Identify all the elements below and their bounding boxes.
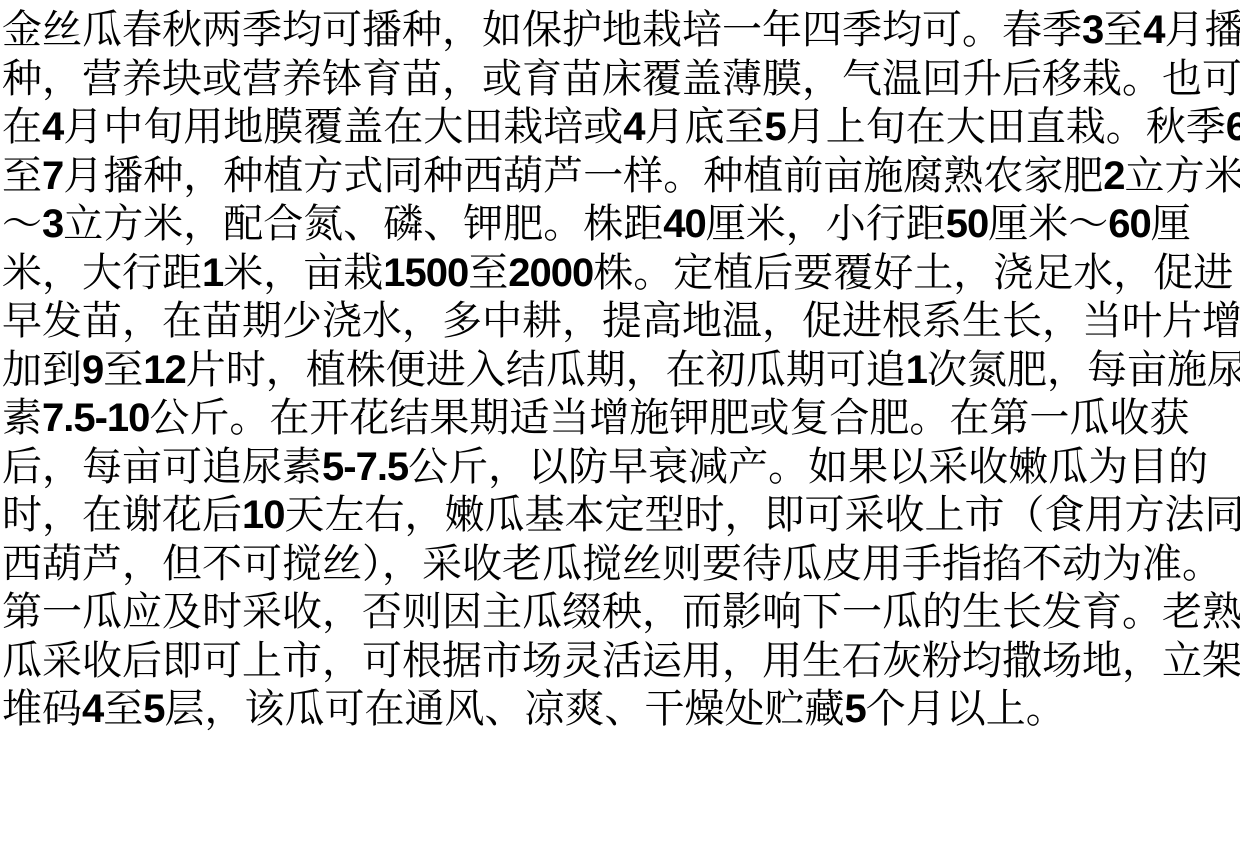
text-line: 在4月中旬用地膜覆盖在大田栽培或4月底至5月上旬在大田直栽。秋季6 bbox=[2, 103, 1238, 152]
text-line: 瓜采收后即可上市，可根据市场灵活运用，用生石灰粉均撒场地，立架 bbox=[2, 637, 1238, 686]
numeric-text: 7.5-10 bbox=[42, 396, 149, 440]
article-text: 金丝瓜春秋两季均可播种，如保护地栽培一年四季均可。春季3至4月播种，营养块或营养… bbox=[0, 0, 1240, 734]
text-line: 西葫芦，但不可搅丝），采收老瓜搅丝则要待瓜皮用手指掐不动为准。 bbox=[2, 540, 1238, 589]
text-line: 时，在谢花后10天左右，嫩瓜基本定型时，即可采收上市（食用方法同 bbox=[2, 491, 1238, 540]
numeric-text: 40 bbox=[663, 202, 706, 246]
text-line: 米，大行距1米，亩栽1500至2000株。定植后要覆好土，浇足水，促进 bbox=[2, 249, 1238, 298]
text-line: 加到9至12片时，植株便进入结瓜期，在初瓜期可追1次氮肥，每亩施尿 bbox=[2, 346, 1238, 395]
numeric-text: 1 bbox=[202, 251, 223, 295]
numeric-text: 7 bbox=[42, 154, 63, 198]
text-line: 堆码4至5层，该瓜可在通风、凉爽、干燥处贮藏5个月以上。 bbox=[2, 685, 1238, 734]
numeric-text: 5 bbox=[845, 687, 866, 731]
text-line: 至7月播种，种植方式同种西葫芦一样。种植前亩施腐熟农家肥2立方米 bbox=[2, 152, 1238, 201]
numeric-text: 2 bbox=[1103, 154, 1124, 198]
numeric-text: 2000 bbox=[508, 251, 593, 295]
text-line: 金丝瓜春秋两季均可播种，如保护地栽培一年四季均可。春季3至4月播 bbox=[2, 6, 1238, 55]
numeric-text: 1500 bbox=[383, 251, 468, 295]
numeric-text: 4 bbox=[82, 687, 103, 731]
numeric-text: 10 bbox=[242, 493, 285, 537]
text-line: 后，每亩可追尿素5-7.5公斤，以防早衰减产。如果以采收嫩瓜为目的 bbox=[2, 443, 1238, 492]
numeric-text: 4 bbox=[623, 105, 644, 149]
text-line: 第一瓜应及时采收，否则因主瓜缀秧，而影响下一瓜的生长发育。老熟 bbox=[2, 588, 1238, 637]
numeric-text: 1 bbox=[906, 348, 927, 392]
numeric-text: 3 bbox=[42, 202, 63, 246]
text-line: 早发苗，在苗期少浇水，多中耕，提高地温，促进根系生长，当叶片增 bbox=[2, 297, 1238, 346]
numeric-text: 3 bbox=[1082, 8, 1103, 52]
numeric-text: 5 bbox=[143, 687, 164, 731]
numeric-text: 9 bbox=[82, 348, 103, 392]
numeric-text: 12 bbox=[143, 348, 186, 392]
numeric-text: 50 bbox=[946, 202, 989, 246]
numeric-text: 60 bbox=[1108, 202, 1151, 246]
text-line: ～3立方米，配合氮、磷、钾肥。株距40厘米，小行距50厘米～60厘 bbox=[2, 200, 1238, 249]
numeric-text: 5-7.5 bbox=[322, 445, 408, 489]
numeric-text: 4 bbox=[1143, 8, 1164, 52]
numeric-text: 4 bbox=[42, 105, 63, 149]
numeric-text: 5 bbox=[765, 105, 786, 149]
numeric-text: 6 bbox=[1226, 105, 1240, 149]
text-line: 素7.5-10公斤。在开花结果期适当增施钾肥或复合肥。在第一瓜收获 bbox=[2, 394, 1238, 443]
text-line: 种，营养块或营养钵育苗，或育苗床覆盖薄膜，气温回升后移栽。也可 bbox=[2, 55, 1238, 104]
page: { "page": { "background_color": "#ffffff… bbox=[0, 0, 1240, 854]
